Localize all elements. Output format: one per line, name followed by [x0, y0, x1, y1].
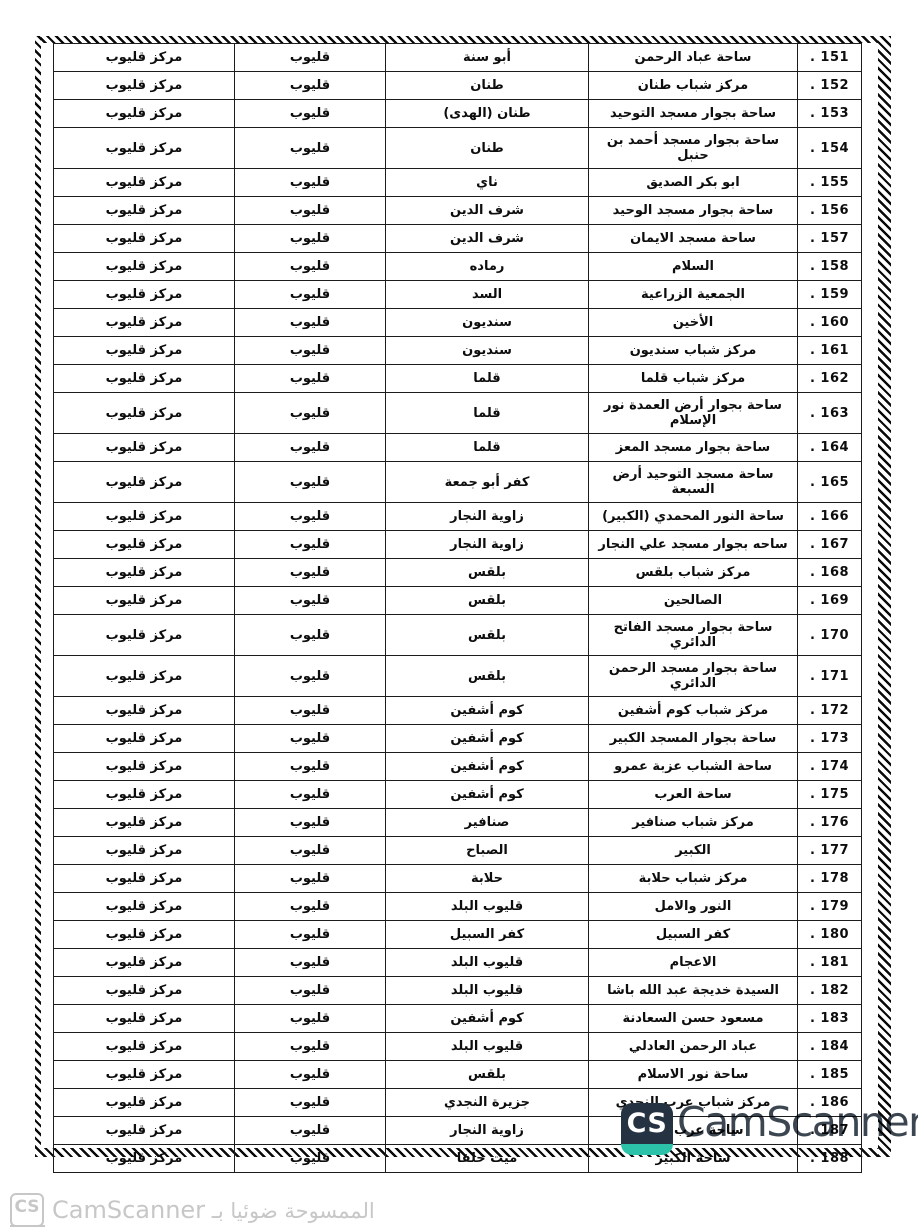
- cell-no: . 160: [798, 309, 862, 337]
- cell-center: مركز قليوب: [54, 434, 235, 462]
- table-row: . 174ساحة الشباب عزبة عمروكوم أشفينقليوب…: [54, 753, 862, 781]
- cell-name: الصالحين: [589, 587, 798, 615]
- scanned-by-footer: CS الممسوحة ضوئيا بـ CamScanner: [10, 1192, 375, 1227]
- cell-no: . 159: [798, 281, 862, 309]
- cell-village: قليوب البلد: [386, 949, 589, 977]
- cell-district: قليوب: [235, 337, 386, 365]
- cell-center: مركز قليوب: [54, 921, 235, 949]
- cell-no: . 167: [798, 531, 862, 559]
- cell-center: مركز قليوب: [54, 753, 235, 781]
- cell-village: طنان: [386, 72, 589, 100]
- camscanner-footer-logo-icon: CS: [10, 1193, 44, 1227]
- cell-center: مركز قليوب: [54, 365, 235, 393]
- cell-district: قليوب: [235, 865, 386, 893]
- cell-center: مركز قليوب: [54, 253, 235, 281]
- cell-district: قليوب: [235, 893, 386, 921]
- cell-center: مركز قليوب: [54, 393, 235, 434]
- cell-district: قليوب: [235, 100, 386, 128]
- camscanner-logo-icon: CS: [621, 1103, 673, 1155]
- cell-center: مركز قليوب: [54, 865, 235, 893]
- table-row: . 157ساحة مسجد الايمانشرف الدينقليوبمركز…: [54, 225, 862, 253]
- cell-district: قليوب: [235, 753, 386, 781]
- cell-village: كفر السبيل: [386, 921, 589, 949]
- cell-name: ساحة بجوار أرض العمدة نور الإسلام: [589, 393, 798, 434]
- table-row: . 166ساحة النور المحمدي (الكبير)زاوية ال…: [54, 503, 862, 531]
- scanned-by-arabic: الممسوحة ضوئيا بـ: [212, 1199, 375, 1223]
- cell-district: قليوب: [235, 253, 386, 281]
- cell-district: قليوب: [235, 531, 386, 559]
- cell-district: قليوب: [235, 1089, 386, 1117]
- cell-village: رماده: [386, 253, 589, 281]
- frame-border-top: [35, 36, 891, 43]
- cell-name: ساحة بجوار مسجد التوحيد: [589, 100, 798, 128]
- cell-name: مركز شباب صنافير: [589, 809, 798, 837]
- cell-village: قلما: [386, 365, 589, 393]
- cell-center: مركز قليوب: [54, 837, 235, 865]
- scanned-by-label: الممسوحة ضوئيا بـ CamScanner: [52, 1196, 375, 1224]
- cell-district: قليوب: [235, 615, 386, 656]
- table-rows: . 151ساحة عباد الرحمنأبو سنةقليوبمركز قل…: [54, 44, 862, 1173]
- cell-district: قليوب: [235, 1033, 386, 1061]
- table-row: . 172مركز شباب كوم أشفينكوم أشفينقليوبمر…: [54, 697, 862, 725]
- cell-name: مسعود حسن السعادنة: [589, 1005, 798, 1033]
- cell-village: بلقس: [386, 587, 589, 615]
- cell-village: طنان (الهدى): [386, 100, 589, 128]
- cell-center: مركز قليوب: [54, 531, 235, 559]
- cell-center: مركز قليوب: [54, 1061, 235, 1089]
- cell-no: . 188: [798, 1145, 862, 1173]
- cell-village: شرف الدين: [386, 197, 589, 225]
- cell-center: مركز قليوب: [54, 503, 235, 531]
- cell-village: جزيرة النجدي: [386, 1089, 589, 1117]
- cell-village: بلقس: [386, 1061, 589, 1089]
- cell-name: ساحة بجوار مسجد الفاتح الدائري: [589, 615, 798, 656]
- cell-center: مركز قليوب: [54, 337, 235, 365]
- table-row: . 152مركز شباب طنانطنانقليوبمركز قليوب: [54, 72, 862, 100]
- cell-name: ساحة بجوار مسجد الوحيد: [589, 197, 798, 225]
- cell-village: أبو سنة: [386, 44, 589, 72]
- cell-no: . 158: [798, 253, 862, 281]
- cell-name: ساحة بجوار مسجد الرحمن الدائري: [589, 656, 798, 697]
- cell-center: مركز قليوب: [54, 100, 235, 128]
- cell-center: مركز قليوب: [54, 281, 235, 309]
- cell-no: . 175: [798, 781, 862, 809]
- table-row: . 181الاعجامقليوب البلدقليوبمركز قليوب: [54, 949, 862, 977]
- table-row: . 182السيدة خديجة عبد الله باشاقليوب الب…: [54, 977, 862, 1005]
- cell-name: ابو بكر الصديق: [589, 169, 798, 197]
- table-row: . 178مركز شباب حلابةحلابةقليوبمركز قليوب: [54, 865, 862, 893]
- cell-name: السلام: [589, 253, 798, 281]
- cell-name: مركز شباب طنان: [589, 72, 798, 100]
- cell-no: . 176: [798, 809, 862, 837]
- cell-district: قليوب: [235, 462, 386, 503]
- cell-district: قليوب: [235, 1117, 386, 1145]
- cell-village: سنديون: [386, 337, 589, 365]
- cell-no: . 170: [798, 615, 862, 656]
- cell-no: . 184: [798, 1033, 862, 1061]
- table-row: . 169الصالحينبلقسقليوبمركز قليوب: [54, 587, 862, 615]
- cell-no: . 161: [798, 337, 862, 365]
- cell-village: قليوب البلد: [386, 977, 589, 1005]
- cell-district: قليوب: [235, 697, 386, 725]
- cell-district: قليوب: [235, 225, 386, 253]
- cell-center: مركز قليوب: [54, 656, 235, 697]
- cell-no: . 165: [798, 462, 862, 503]
- locations-table: . 151ساحة عباد الرحمنأبو سنةقليوبمركز قل…: [53, 43, 862, 1173]
- cell-district: قليوب: [235, 977, 386, 1005]
- cell-name: الجمعية الزراعية: [589, 281, 798, 309]
- cell-district: قليوب: [235, 1061, 386, 1089]
- cell-village: كوم أشفين: [386, 697, 589, 725]
- cell-no: . 169: [798, 587, 862, 615]
- cell-name: مركز شباب قلما: [589, 365, 798, 393]
- cell-district: قليوب: [235, 281, 386, 309]
- cell-district: قليوب: [235, 656, 386, 697]
- cell-village: بلقس: [386, 559, 589, 587]
- cell-district: قليوب: [235, 587, 386, 615]
- cell-village: كوم أشفين: [386, 781, 589, 809]
- cell-district: قليوب: [235, 921, 386, 949]
- table-row: . 173ساحة بجوار المسجد الكبيركوم أشفينقل…: [54, 725, 862, 753]
- cell-district: قليوب: [235, 128, 386, 169]
- cell-name: مركز شباب بلقس: [589, 559, 798, 587]
- cell-no: . 164: [798, 434, 862, 462]
- cell-village: زاوية النجار: [386, 531, 589, 559]
- cell-center: مركز قليوب: [54, 977, 235, 1005]
- scanned-page: . 151ساحة عباد الرحمنأبو سنةقليوبمركز قل…: [0, 0, 918, 1227]
- cell-center: مركز قليوب: [54, 1145, 235, 1173]
- camscanner-watermark-text: CamScanner: [677, 1097, 918, 1147]
- cell-name: مركز شباب سنديون: [589, 337, 798, 365]
- table-row: . 171ساحة بجوار مسجد الرحمن الدائريبلقسق…: [54, 656, 862, 697]
- cell-name: ساحة الكبير: [589, 1145, 798, 1173]
- cell-district: قليوب: [235, 503, 386, 531]
- cell-no: . 173: [798, 725, 862, 753]
- table-row: . 179النور والاملقليوب البلدقليوبمركز قل…: [54, 893, 862, 921]
- cell-district: قليوب: [235, 559, 386, 587]
- cell-center: مركز قليوب: [54, 72, 235, 100]
- cell-name: الأخين: [589, 309, 798, 337]
- cell-name: ساحة مسجد الايمان: [589, 225, 798, 253]
- table-row: . 170ساحة بجوار مسجد الفاتح الدائريبلقسق…: [54, 615, 862, 656]
- cell-village: قلما: [386, 434, 589, 462]
- cell-center: مركز قليوب: [54, 1089, 235, 1117]
- cell-no: . 155: [798, 169, 862, 197]
- cell-no: . 171: [798, 656, 862, 697]
- frame-border-left: [35, 36, 41, 1157]
- cell-no: . 181: [798, 949, 862, 977]
- cell-no: . 172: [798, 697, 862, 725]
- cell-no: . 156: [798, 197, 862, 225]
- table-row: . 177الكبيرالصباحقليوبمركز قليوب: [54, 837, 862, 865]
- table-row: . 153ساحة بجوار مسجد التوحيدطنان (الهدى)…: [54, 100, 862, 128]
- cell-district: قليوب: [235, 809, 386, 837]
- cell-no: . 180: [798, 921, 862, 949]
- cell-village: قليوب البلد: [386, 1033, 589, 1061]
- cell-center: مركز قليوب: [54, 309, 235, 337]
- cell-center: مركز قليوب: [54, 809, 235, 837]
- cell-center: مركز قليوب: [54, 1005, 235, 1033]
- cell-village: قليوب البلد: [386, 893, 589, 921]
- cell-name: ساحة نور الاسلام: [589, 1061, 798, 1089]
- cell-center: مركز قليوب: [54, 587, 235, 615]
- table-row: . 176مركز شباب صنافيرصنافيرقليوبمركز قلي…: [54, 809, 862, 837]
- scanned-by-brand: CamScanner: [52, 1196, 205, 1224]
- cell-village: كفر أبو جمعة: [386, 462, 589, 503]
- cell-no: . 174: [798, 753, 862, 781]
- cell-district: قليوب: [235, 309, 386, 337]
- cell-no: . 152: [798, 72, 862, 100]
- table-row: . 184عباد الرحمن العادليقليوب البلدقليوب…: [54, 1033, 862, 1061]
- cell-no: . 177: [798, 837, 862, 865]
- cell-no: . 157: [798, 225, 862, 253]
- cell-center: مركز قليوب: [54, 128, 235, 169]
- cell-village: صنافير: [386, 809, 589, 837]
- cell-village: بلقس: [386, 615, 589, 656]
- cell-center: مركز قليوب: [54, 725, 235, 753]
- cell-village: الصباح: [386, 837, 589, 865]
- cell-name: كفر السبيل: [589, 921, 798, 949]
- cell-name: مركز شباب كوم أشفين: [589, 697, 798, 725]
- cell-district: قليوب: [235, 781, 386, 809]
- cell-district: قليوب: [235, 1145, 386, 1173]
- table-row: . 175ساحة العربكوم أشفينقليوبمركز قليوب: [54, 781, 862, 809]
- cell-no: . 183: [798, 1005, 862, 1033]
- table-row: . 161مركز شباب سنديونسنديونقليوبمركز قلي…: [54, 337, 862, 365]
- cell-district: قليوب: [235, 1005, 386, 1033]
- cell-center: مركز قليوب: [54, 893, 235, 921]
- table-row: . 183مسعود حسن السعادنةكوم أشفينقليوبمرك…: [54, 1005, 862, 1033]
- table-row: . 167ساحه بجوار مسجد علي النجارزاوية الن…: [54, 531, 862, 559]
- cell-no: . 151: [798, 44, 862, 72]
- table-row: . 180كفر السبيلكفر السبيلقليوبمركز قليوب: [54, 921, 862, 949]
- cell-name: ساحة مسجد التوحيد أرض السبعة: [589, 462, 798, 503]
- cell-district: قليوب: [235, 365, 386, 393]
- cell-no: . 185: [798, 1061, 862, 1089]
- cell-name: ساحة بجوار مسجد المعز: [589, 434, 798, 462]
- cell-village: شرف الدين: [386, 225, 589, 253]
- cell-no: . 166: [798, 503, 862, 531]
- cell-village: كوم أشفين: [386, 1005, 589, 1033]
- cell-village: كوم أشفين: [386, 725, 589, 753]
- cell-no: . 168: [798, 559, 862, 587]
- cell-village: كوم أشفين: [386, 753, 589, 781]
- cell-center: مركز قليوب: [54, 1117, 235, 1145]
- cell-name: الاعجام: [589, 949, 798, 977]
- table-row: . 159الجمعية الزراعيةالسدقليوبمركز قليوب: [54, 281, 862, 309]
- table-row: . 154ساحة بجوار مسجد أحمد بن حنبلطنانقلي…: [54, 128, 862, 169]
- cell-village: زاوية النجار: [386, 1117, 589, 1145]
- cell-center: مركز قليوب: [54, 462, 235, 503]
- cell-center: مركز قليوب: [54, 169, 235, 197]
- cell-center: مركز قليوب: [54, 697, 235, 725]
- cell-village: سنديون: [386, 309, 589, 337]
- cell-no: . 154: [798, 128, 862, 169]
- table-row: . 164ساحة بجوار مسجد المعزقلماقليوبمركز …: [54, 434, 862, 462]
- cell-no: . 162: [798, 365, 862, 393]
- cell-name: مركز شباب حلابة: [589, 865, 798, 893]
- table-row: . 188ساحة الكبيرميت حلفاقليوبمركز قليوب: [54, 1145, 862, 1173]
- cell-no: . 163: [798, 393, 862, 434]
- table-row: . 151ساحة عباد الرحمنأبو سنةقليوبمركز قل…: [54, 44, 862, 72]
- table-row: . 160الأخينسنديونقليوبمركز قليوب: [54, 309, 862, 337]
- table-row: . 163ساحة بجوار أرض العمدة نور الإسلامقل…: [54, 393, 862, 434]
- cell-district: قليوب: [235, 949, 386, 977]
- cell-center: مركز قليوب: [54, 949, 235, 977]
- table-row: . 155ابو بكر الصديقنايقليوبمركز قليوب: [54, 169, 862, 197]
- cell-village: السد: [386, 281, 589, 309]
- cell-name: ساحه بجوار مسجد علي النجار: [589, 531, 798, 559]
- cell-center: مركز قليوب: [54, 44, 235, 72]
- cell-name: السيدة خديجة عبد الله باشا: [589, 977, 798, 1005]
- cell-center: مركز قليوب: [54, 1033, 235, 1061]
- cell-name: ساحة الشباب عزبة عمرو: [589, 753, 798, 781]
- table-row: . 158السلامرمادهقليوبمركز قليوب: [54, 253, 862, 281]
- cell-village: ميت حلفا: [386, 1145, 589, 1173]
- cell-district: قليوب: [235, 169, 386, 197]
- cell-name: ساحة النور المحمدي (الكبير): [589, 503, 798, 531]
- cell-district: قليوب: [235, 837, 386, 865]
- cell-name: ساحة بجوار مسجد أحمد بن حنبل: [589, 128, 798, 169]
- footer-logo-label: CS: [14, 1197, 39, 1217]
- cell-no: . 182: [798, 977, 862, 1005]
- cell-name: ساحة العرب: [589, 781, 798, 809]
- cell-center: مركز قليوب: [54, 781, 235, 809]
- cell-district: قليوب: [235, 434, 386, 462]
- table-row: . 156ساحة بجوار مسجد الوحيدشرف الدينقليو…: [54, 197, 862, 225]
- cell-no: . 179: [798, 893, 862, 921]
- cell-center: مركز قليوب: [54, 197, 235, 225]
- cell-village: بلقس: [386, 656, 589, 697]
- cell-name: ساحة بجوار المسجد الكبير: [589, 725, 798, 753]
- cell-village: قلما: [386, 393, 589, 434]
- cell-name: ساحة عباد الرحمن: [589, 44, 798, 72]
- cell-district: قليوب: [235, 72, 386, 100]
- frame-border-right: [878, 36, 891, 1157]
- table-row: . 162مركز شباب قلماقلماقليوبمركز قليوب: [54, 365, 862, 393]
- cell-district: قليوب: [235, 197, 386, 225]
- cell-village: طنان: [386, 128, 589, 169]
- cell-center: مركز قليوب: [54, 225, 235, 253]
- cell-name: النور والامل: [589, 893, 798, 921]
- cell-no: . 178: [798, 865, 862, 893]
- cell-district: قليوب: [235, 44, 386, 72]
- cell-name: الكبير: [589, 837, 798, 865]
- table-row: . 185ساحة نور الاسلامبلقسقليوبمركز قليوب: [54, 1061, 862, 1089]
- table-row: . 165ساحة مسجد التوحيد أرض السبعةكفر أبو…: [54, 462, 862, 503]
- cell-center: مركز قليوب: [54, 615, 235, 656]
- cell-village: حلابة: [386, 865, 589, 893]
- cell-no: . 153: [798, 100, 862, 128]
- cell-name: عباد الرحمن العادلي: [589, 1033, 798, 1061]
- cell-district: قليوب: [235, 393, 386, 434]
- cell-center: مركز قليوب: [54, 559, 235, 587]
- cell-district: قليوب: [235, 725, 386, 753]
- cell-village: زاوية النجار: [386, 503, 589, 531]
- table-row: . 168مركز شباب بلقسبلقسقليوبمركز قليوب: [54, 559, 862, 587]
- cell-village: ناي: [386, 169, 589, 197]
